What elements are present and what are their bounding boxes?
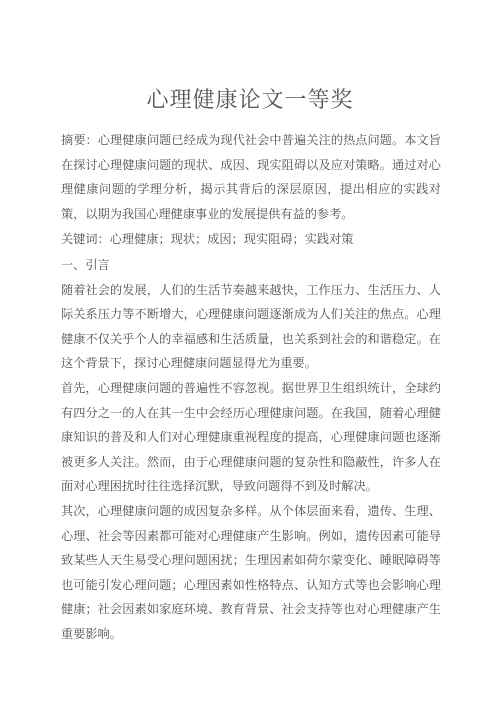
document-page: 心理健康论文一等奖 摘要：心理健康问题已经成为现代社会中普遍关注的热点问题。本文… xyxy=(0,0,500,707)
keywords-line: 关键词：心理健康；现状；成因；现实阻碍；实践对策 xyxy=(61,227,441,252)
document-body: 摘要：心理健康问题已经成为现代社会中普遍关注的热点问题。本文旨在探讨心理健康问题… xyxy=(61,128,441,646)
abstract-paragraph: 摘要：心理健康问题已经成为现代社会中普遍关注的热点问题。本文旨在探讨心理健康问题… xyxy=(61,128,441,226)
body-paragraph: 其次，心理健康问题的成因复杂多样。从个体层面来看，遗传、生理、心理、社会等因素都… xyxy=(61,499,441,647)
section-heading: 一、引言 xyxy=(61,253,441,278)
document-title: 心理健康论文一等奖 xyxy=(0,83,500,114)
body-paragraph: 随着社会的发展，人们的生活节奏越来越快，工作压力、生活压力、人际关系压力等不断增… xyxy=(61,278,441,376)
body-paragraph: 首先，心理健康问题的普遍性不容忽视。据世界卫生组织统计，全球约有四分之一的人在其… xyxy=(61,376,441,499)
